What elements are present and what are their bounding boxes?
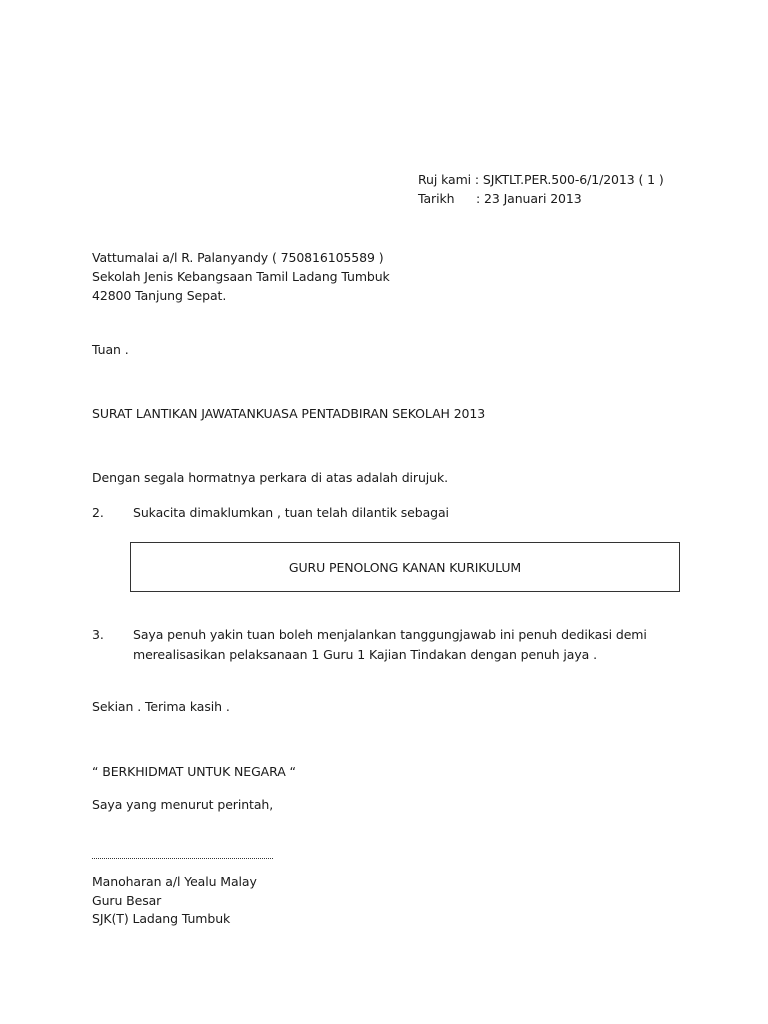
recipient-name: Vattumalai a/l R. Palanyandy ( 750816105… bbox=[92, 250, 384, 266]
appointment-title: GURU PENOLONG KANAN KURIKULUM bbox=[289, 560, 521, 575]
subject-heading: SURAT LANTIKAN JAWATANKUASA PENTADBIRAN … bbox=[92, 406, 485, 422]
paragraph-number: 3. bbox=[92, 627, 133, 643]
signoff: Saya yang menurut perintah, bbox=[92, 797, 273, 813]
letter-date: Tarikh: 23 Januari 2013 bbox=[418, 191, 582, 207]
appointment-box: GURU PENOLONG KANAN KURIKULUM bbox=[130, 542, 680, 592]
motto: “ BERKHIDMAT UNTUK NEGARA “ bbox=[92, 764, 296, 780]
signature-line bbox=[92, 858, 273, 859]
ref-label: Ruj kami bbox=[418, 172, 471, 187]
paragraph-3-line-2: merealisasikan pelaksanaan 1 Guru 1 Kaji… bbox=[133, 647, 597, 663]
signatory-name: Manoharan a/l Yealu Malay bbox=[92, 874, 257, 890]
signatory-school: SJK(T) Ladang Tumbuk bbox=[92, 911, 230, 927]
date-label: Tarikh bbox=[418, 191, 476, 207]
date-value: : 23 Januari 2013 bbox=[476, 191, 582, 206]
recipient-school: Sekolah Jenis Kebangsaan Tamil Ladang Tu… bbox=[92, 269, 390, 285]
paragraph-3-line-1: 3.Saya penuh yakin tuan boleh menjalanka… bbox=[92, 627, 647, 643]
paragraph-text: Saya penuh yakin tuan boleh menjalankan … bbox=[133, 627, 647, 642]
paragraph-1: Dengan segala hormatnya perkara di atas … bbox=[92, 470, 448, 486]
ref-value: : SJKTLT.PER.500-6/1/2013 ( 1 ) bbox=[475, 172, 664, 187]
reference-number: Ruj kami : SJKTLT.PER.500-6/1/2013 ( 1 ) bbox=[418, 172, 664, 188]
signatory-title: Guru Besar bbox=[92, 893, 161, 909]
paragraph-2: 2.Sukacita dimaklumkan , tuan telah dila… bbox=[92, 505, 449, 521]
recipient-address: 42800 Tanjung Sepat. bbox=[92, 288, 226, 304]
closing: Sekian . Terima kasih . bbox=[92, 699, 230, 715]
salutation: Tuan . bbox=[92, 342, 129, 358]
paragraph-number: 2. bbox=[92, 505, 133, 521]
paragraph-text: Sukacita dimaklumkan , tuan telah dilant… bbox=[133, 505, 449, 520]
